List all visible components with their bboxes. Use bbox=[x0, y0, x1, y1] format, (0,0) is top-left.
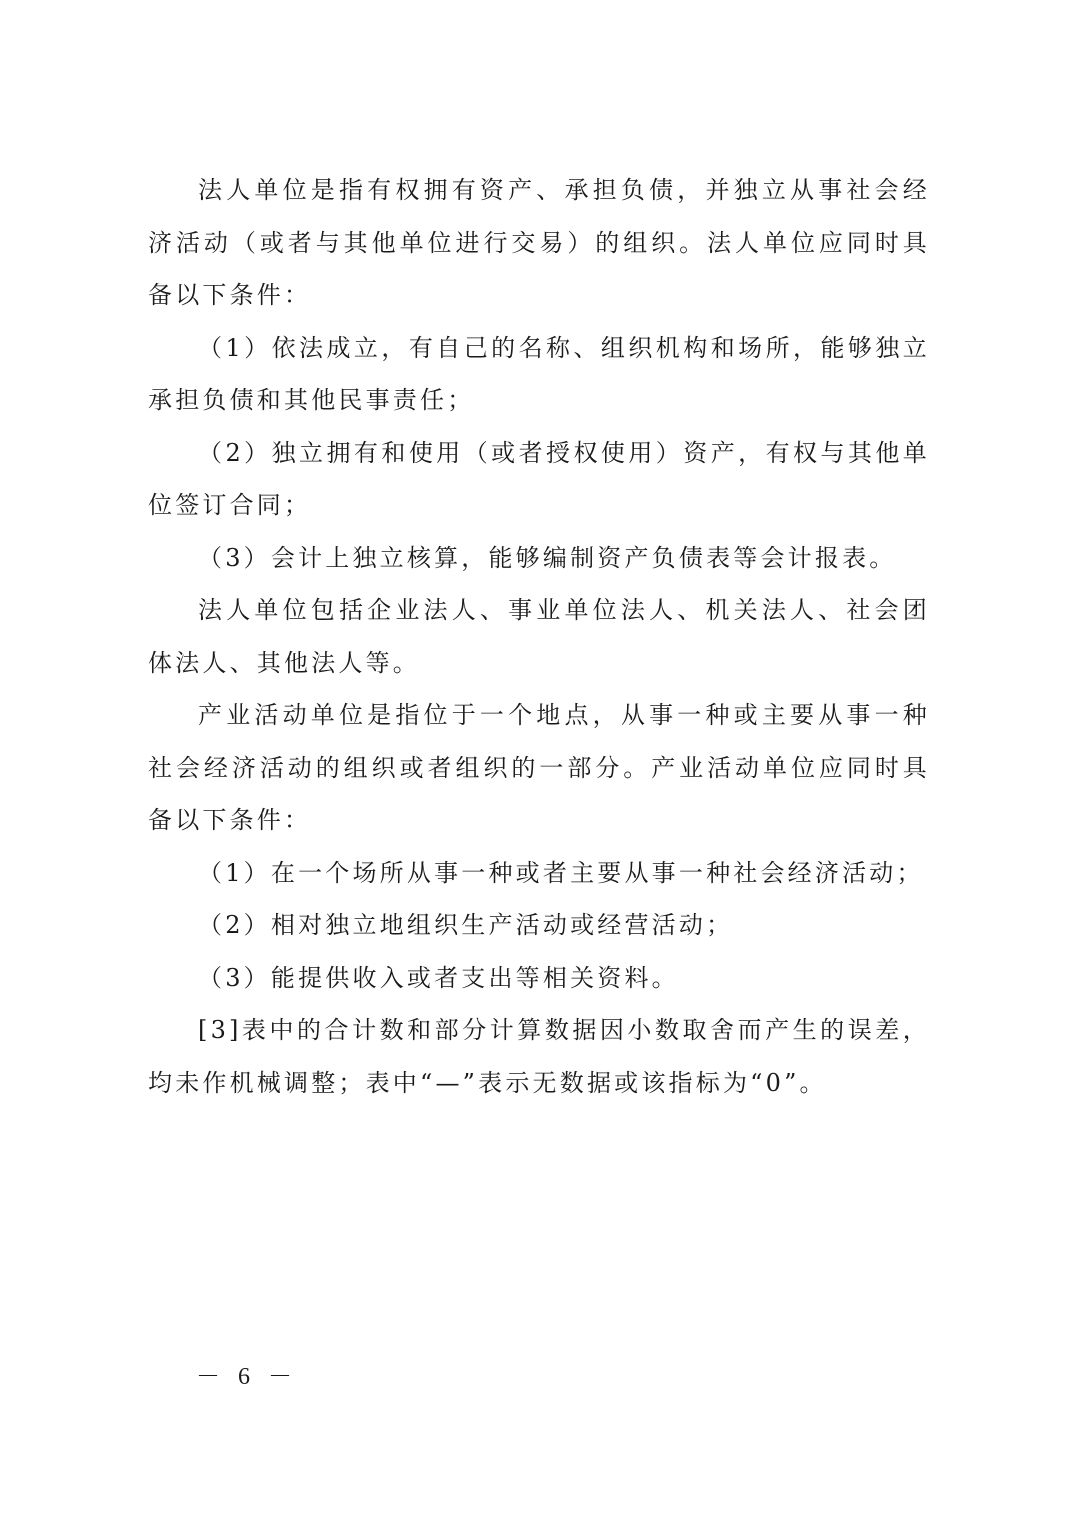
paragraph-activity-condition-3: （3）能提供收入或者支出等相关资料。 bbox=[148, 952, 930, 1005]
paragraph-condition-1: （1）依法成立，有自己的名称、组织机构和场所，能够独立承担负债和其他民事责任； bbox=[148, 322, 930, 427]
paragraph-legal-entity-definition: 法人单位是指有权拥有资产、承担负债，并独立从事社会经济活动（或者与其他单位进行交… bbox=[148, 164, 930, 322]
paragraph-activity-unit-definition: 产业活动单位是指位于一个地点，从事一种或主要从事一种社会经济活动的组织或者组织的… bbox=[148, 689, 930, 847]
paragraph-activity-condition-2: （2）相对独立地组织生产活动或经营活动； bbox=[148, 899, 930, 952]
document-page: 法人单位是指有权拥有资产、承担负债，并独立从事社会经济活动（或者与其他单位进行交… bbox=[0, 0, 1074, 1520]
paragraph-footnote-3: [3]表中的合计数和部分计算数据因小数取舍而产生的误差，均未作机械调整；表中“—… bbox=[148, 1004, 930, 1109]
page-number: － 6 － bbox=[196, 1356, 298, 1391]
paragraph-condition-3: （3）会计上独立核算，能够编制资产负债表等会计报表。 bbox=[148, 532, 930, 585]
paragraph-activity-condition-1: （1）在一个场所从事一种或者主要从事一种社会经济活动； bbox=[148, 847, 930, 900]
paragraph-legal-entity-types: 法人单位包括企业法人、事业单位法人、机关法人、社会团体法人、其他法人等。 bbox=[148, 584, 930, 689]
paragraph-condition-2: （2）独立拥有和使用（或者授权使用）资产，有权与其他单位签订合同； bbox=[148, 427, 930, 532]
body-text: 法人单位是指有权拥有资产、承担负债，并独立从事社会经济活动（或者与其他单位进行交… bbox=[148, 164, 930, 1109]
